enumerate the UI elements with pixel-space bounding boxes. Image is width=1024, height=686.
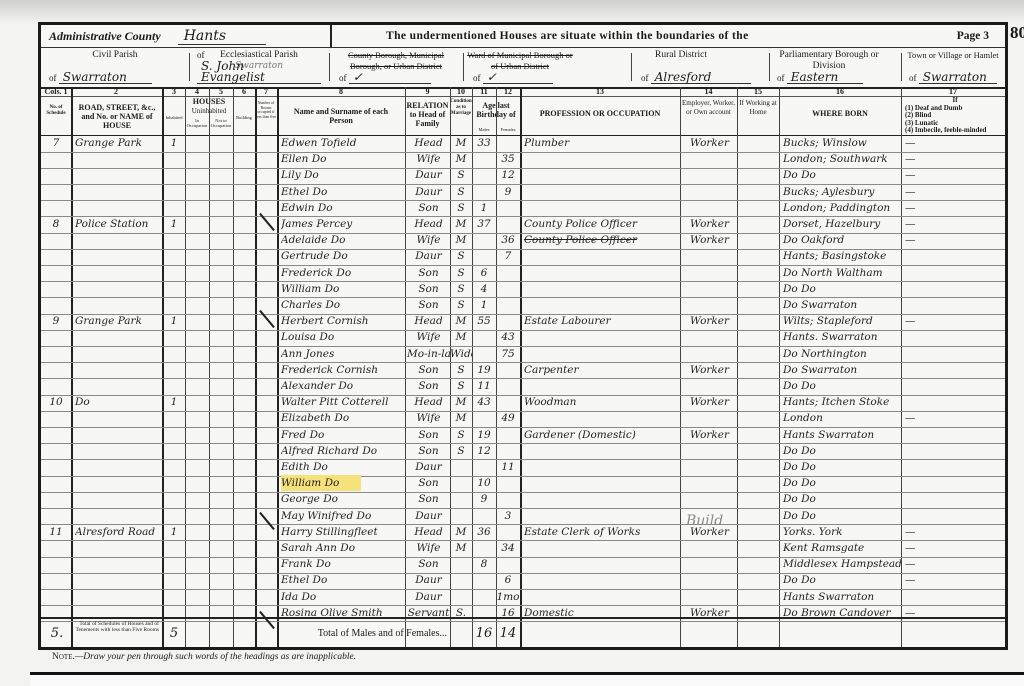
road-name: [75, 297, 161, 313]
parliamentary-value: Eastern: [787, 72, 863, 84]
age-female: [496, 475, 520, 491]
marital-condition: S: [450, 248, 472, 264]
page-top-shadow: [0, 0, 1024, 24]
road-name: [75, 410, 161, 426]
name-header: Name and Surname of each Person: [291, 107, 391, 125]
age-male: 33: [472, 135, 496, 151]
infirmity: [905, 248, 1001, 264]
person-name: Edwin Do: [281, 200, 405, 216]
town-value: Swarraton: [919, 72, 997, 84]
of-label: of: [909, 73, 917, 83]
employment-status: [682, 378, 737, 394]
table-row: Fred DoSonS19Gardener (Domestic)WorkerHa…: [41, 427, 1005, 445]
occupation: [524, 508, 680, 524]
marital-condition: [450, 589, 472, 605]
schedule-number: [41, 200, 71, 216]
age-female: [496, 378, 520, 394]
person-name: Ann Jones: [281, 346, 405, 362]
person-name: Ellen Do: [281, 151, 405, 167]
road-name: [75, 151, 161, 167]
age-female: [496, 556, 520, 572]
inhabited-count: [163, 556, 185, 572]
col-num: 7: [255, 87, 277, 96]
table-row: May Winifred DoDaur3Do Do: [41, 508, 1005, 526]
road-name: [75, 508, 161, 524]
birthplace: Bucks; Aylesbury: [783, 184, 901, 200]
in-occupation-header: In Occupation: [185, 118, 209, 128]
infirmity: —: [905, 135, 1001, 151]
schedule-number: [41, 508, 71, 524]
occupation: Gardener (Domestic): [524, 427, 680, 443]
age-female: [496, 281, 520, 297]
relation: Wife: [407, 232, 450, 248]
marital-condition: M: [450, 232, 472, 248]
table-row: Ethel DoDaur6Do Do—: [41, 572, 1005, 590]
person-name: William Do: [281, 281, 405, 297]
birthplace: London; Paddington: [783, 200, 901, 216]
table-row: Adelaide DoWifeM36County Police OfficerW…: [41, 232, 1005, 250]
employment-status: Worker: [682, 394, 737, 410]
infirmity: [905, 346, 1001, 362]
schedule-number: 8: [41, 216, 71, 232]
infirmity: [905, 297, 1001, 313]
schedule-number: [41, 346, 71, 362]
occupation: [524, 475, 680, 491]
occupation: Plumber: [524, 135, 680, 151]
schedule-number: [41, 151, 71, 167]
employment-status: [682, 151, 737, 167]
age-female: [496, 200, 520, 216]
infirmity: [905, 378, 1001, 394]
employment-status: [682, 167, 737, 183]
inhabited-count: [163, 184, 185, 200]
header-row-1: Administrative County Hants The undermen…: [41, 25, 1005, 48]
parliamentary-division: Parliamentary Borough or Division of Eas…: [769, 47, 889, 87]
infirmity: [905, 329, 1001, 345]
infirmity: —: [905, 184, 1001, 200]
age-male: [472, 540, 496, 556]
birthplace: Do Do: [783, 475, 901, 491]
age-male: 19: [472, 427, 496, 443]
schedule-number: [41, 427, 71, 443]
table-row: Ethel DoDaurS9Bucks; Aylesbury—: [41, 184, 1005, 202]
schedule-number: 7: [41, 135, 71, 151]
building-header: Building: [233, 115, 255, 120]
relation: Daur: [407, 167, 450, 183]
person-name: Fred Do: [281, 427, 405, 443]
occupation: County Police Officer: [524, 232, 680, 248]
person-name: Lily Do: [281, 167, 405, 183]
county-borough-value: ✓: [349, 72, 431, 84]
marital-condition: S: [450, 443, 472, 459]
table-row: Gertrude DoDaurS7Hants; Basingstoke: [41, 248, 1005, 266]
relation: Head: [407, 313, 450, 329]
road-header: ROAD, STREET, &c., and No. or NAME of HO…: [73, 103, 161, 130]
col-num: 16: [779, 87, 901, 96]
birthplace: London; Southwark: [783, 151, 901, 167]
table-row: 7Grange Park1Edwen TofieldHeadM33Plumber…: [41, 135, 1005, 153]
at-home-header: If Working at Home: [737, 99, 779, 117]
col-num: 8: [277, 87, 405, 96]
relation: Head: [407, 524, 450, 540]
infirmity: [905, 589, 1001, 605]
age-female: 34: [496, 540, 520, 556]
person-name: Louisa Do: [281, 329, 405, 345]
occupation: [524, 346, 680, 362]
birthplace: Do Swarraton: [783, 297, 901, 313]
inhabited-count: [163, 410, 185, 426]
age-female: [496, 297, 520, 313]
inhabited-count: [163, 589, 185, 605]
relation: Daur: [407, 572, 450, 588]
person-name: Frederick Cornish: [281, 362, 405, 378]
schedule-number: 10: [41, 394, 71, 410]
person-name: Harry Stillingfleet: [281, 524, 405, 540]
schedule-header: No. of Schedule: [41, 105, 71, 117]
infirmity: —: [905, 540, 1001, 556]
total-inhabited: 5: [163, 619, 185, 649]
marital-condition: M: [450, 524, 472, 540]
inhabited-count: 1: [163, 216, 185, 232]
col-num: 13: [520, 87, 680, 96]
person-name: Gertrude Do: [281, 248, 405, 264]
table-row: 9Grange Park1Herbert CornishHeadM55Estat…: [41, 313, 1005, 331]
table-row: Elizabeth DoWifeM49London—: [41, 410, 1005, 428]
relation: Son: [407, 427, 450, 443]
marital-condition: S: [450, 427, 472, 443]
inhabited-count: [163, 200, 185, 216]
inhabited-count: [163, 167, 185, 183]
road-name: [75, 346, 161, 362]
employment-status: Worker: [682, 216, 737, 232]
marital-condition: [450, 508, 472, 524]
infirmity: —: [905, 167, 1001, 183]
birthplace: Dorset, Hazelbury: [783, 216, 901, 232]
marital-condition: S: [450, 281, 472, 297]
person-name: William Do: [281, 475, 361, 491]
table-row: Frederick DoSonS6Do North Waltham: [41, 265, 1005, 283]
employment-status: [682, 297, 737, 313]
header-row-2: Civil Parish of Swarraton Ecclesiastical…: [41, 47, 1005, 89]
infirmity: [905, 459, 1001, 475]
person-name: Edith Do: [281, 459, 405, 475]
relation: Son: [407, 491, 450, 507]
road-name: [75, 475, 161, 491]
total-males: 16: [472, 619, 496, 649]
age-male: [472, 329, 496, 345]
birthplace: Do Do: [783, 508, 901, 524]
rural-district-value: Alresford: [651, 72, 751, 84]
person-name: Alexander Do: [281, 378, 405, 394]
infirmity: —: [905, 556, 1001, 572]
schedule-number: [41, 329, 71, 345]
birthplace: Wilts; Stapleford: [783, 313, 901, 329]
inhabited-count: [163, 362, 185, 378]
age-male: [472, 459, 496, 475]
col-num: 10: [450, 87, 472, 96]
note-prefix: Note.: [52, 652, 75, 662]
age-female: [496, 362, 520, 378]
age-male: [472, 167, 496, 183]
marital-condition: Widow: [450, 346, 472, 362]
birthplace: Do Do: [783, 167, 901, 183]
inhabited-count: [163, 572, 185, 588]
inhabited-count: [163, 281, 185, 297]
schedule-number: [41, 540, 71, 556]
table-row: Lily DoDaurS12Do Do—: [41, 167, 1005, 185]
admin-county: Administrative County Hants: [41, 25, 332, 47]
birthplace: Do Swarraton: [783, 362, 901, 378]
side-page-number: 80: [1010, 23, 1024, 43]
relation-header: RELATION to Head of Family: [405, 101, 450, 128]
relation: Daur: [407, 248, 450, 264]
marital-condition: [450, 572, 472, 588]
occupation: [524, 378, 680, 394]
infirmity: [905, 427, 1001, 443]
age-male: 4: [472, 281, 496, 297]
note-text: —Draw your pen through such words of the…: [75, 652, 356, 662]
relation: Son: [407, 362, 450, 378]
col-num: 12: [496, 87, 520, 96]
inhabited-count: [163, 540, 185, 556]
admin-county-label: Administrative County: [49, 29, 161, 43]
col-num: 15: [737, 87, 779, 96]
road-name: Grange Park: [75, 313, 161, 329]
occupation: [524, 572, 680, 588]
age-female: 36: [496, 232, 520, 248]
county-borough-label: County Borough, Municipal Borough, or Ur…: [331, 50, 461, 72]
marital-condition: S: [450, 184, 472, 200]
road-name: Do: [75, 394, 161, 410]
occupation: [524, 200, 680, 216]
marital-condition: S: [450, 265, 472, 281]
infirm-4: (4) Imbecile, feeble-minded: [905, 127, 1005, 135]
road-name: [75, 427, 161, 443]
inhabited-count: [163, 232, 185, 248]
age-male: 19: [472, 362, 496, 378]
parliamentary-label: Parliamentary Borough or Division: [769, 50, 889, 72]
col-num: 14: [680, 87, 737, 96]
relation: Head: [407, 394, 450, 410]
col-num: 5: [209, 87, 233, 96]
person-name: Alfred Richard Do: [281, 443, 405, 459]
age-female: 1mo: [496, 589, 520, 605]
birthplace: Do Do: [783, 572, 901, 588]
birthplace: Do Do: [783, 459, 901, 475]
infirmity-header: If (1) Deaf and Dumb (2) Blind (3) Lunat…: [901, 97, 1005, 135]
occupation: [524, 491, 680, 507]
employment-status: Worker: [682, 362, 737, 378]
age-male: 36: [472, 524, 496, 540]
road-name: [75, 167, 161, 183]
employment-status: [682, 572, 737, 588]
ecclesiastical-parish: Ecclesiastical Parish Swarraton of S. Jo…: [189, 47, 329, 87]
road-name: [75, 572, 161, 588]
table-row: Charles DoSonS1Do Swarraton: [41, 297, 1005, 315]
road-name: [75, 491, 161, 507]
relation: Head: [407, 216, 450, 232]
occupation: [524, 281, 680, 297]
road-name: Alresford Road: [75, 524, 161, 540]
marital-condition: S: [450, 297, 472, 313]
person-name: James Percey: [281, 216, 405, 232]
rural-district: Rural District of Alresford: [601, 47, 761, 87]
age-male: [472, 346, 496, 362]
schedule-number: [41, 475, 71, 491]
admin-county-value: Hants: [178, 28, 266, 45]
birthplace: Do Do: [783, 281, 901, 297]
marital-condition: M: [450, 216, 472, 232]
person-name: Elizabeth Do: [281, 410, 405, 426]
marital-condition: M: [450, 151, 472, 167]
relation: Son: [407, 443, 450, 459]
schedule-number: [41, 297, 71, 313]
marital-condition: M: [450, 329, 472, 345]
relation: Son: [407, 297, 450, 313]
schedule-number: [41, 410, 71, 426]
of-label: of: [777, 73, 785, 83]
employment-status: [682, 200, 737, 216]
schedule-number: [41, 378, 71, 394]
person-name: Ethel Do: [281, 184, 405, 200]
employment-status: [682, 265, 737, 281]
schedule-number: [41, 589, 71, 605]
total-females: 14: [496, 619, 520, 649]
table-row: Sarah Ann DoWifeM34Kent Ramsgate—: [41, 540, 1005, 558]
occupation: Woodman: [524, 394, 680, 410]
inhabited-count: [163, 427, 185, 443]
inhabited-count: [163, 329, 185, 345]
age-male: [472, 151, 496, 167]
marital-condition: M: [450, 540, 472, 556]
infirmity: —: [905, 572, 1001, 588]
occupation: [524, 297, 680, 313]
road-name: Grange Park: [75, 135, 161, 151]
employment-status: [682, 346, 737, 362]
occupation: [524, 459, 680, 475]
road-name: [75, 378, 161, 394]
age-male: 6: [472, 265, 496, 281]
occupation: Carpenter: [524, 362, 680, 378]
person-name: Edwen Tofield: [281, 135, 405, 151]
census-sheet: Administrative County Hants The undermen…: [38, 22, 1008, 650]
relation: Daur: [407, 508, 450, 524]
table-row: Louisa DoWifeM43Hants. Swarraton: [41, 329, 1005, 347]
age-female: [496, 216, 520, 232]
road-name: [75, 329, 161, 345]
occupation: [524, 151, 680, 167]
col-num: 17: [901, 87, 1005, 96]
age-male: 11: [472, 378, 496, 394]
marital-condition: S: [450, 167, 472, 183]
relation: Son: [407, 378, 450, 394]
condition-header: Condition as to Marriage: [450, 99, 472, 117]
of-label: of: [641, 73, 649, 83]
age-female: 3: [496, 508, 520, 524]
table-row: Alexander DoSonS11Do Do: [41, 378, 1005, 396]
civil-parish-label: Civil Parish: [41, 50, 189, 61]
marital-condition: [450, 556, 472, 572]
occupation: [524, 248, 680, 264]
divider: [329, 53, 330, 81]
age-male: 43: [472, 394, 496, 410]
civil-parish: Civil Parish of Swarraton: [41, 47, 189, 87]
totals-row: 5. Total of Schedules of Houses and of T…: [41, 617, 1005, 649]
infirmity: —: [905, 216, 1001, 232]
marital-condition: M: [450, 410, 472, 426]
age-male: 55: [472, 313, 496, 329]
table-row: Ida DoDaur1moHants Swarraton: [41, 589, 1005, 607]
road-name: [75, 281, 161, 297]
employment-status: [682, 281, 737, 297]
infirmity: [905, 265, 1001, 281]
schedule-number: [41, 265, 71, 281]
eccl-parish-value: S. John Evangelist: [197, 61, 321, 84]
age-male: 9: [472, 491, 496, 507]
marital-condition: M: [450, 135, 472, 151]
birthplace: Kent Ramsgate: [783, 540, 901, 556]
infirmity: —: [905, 232, 1001, 248]
age-female: 43: [496, 329, 520, 345]
schedule-number: [41, 248, 71, 264]
inhabited-count: [163, 151, 185, 167]
occupation: Estate Clerk of Works: [524, 524, 680, 540]
employment-status: [682, 410, 737, 426]
inhabited-count: [163, 459, 185, 475]
road-name: [75, 200, 161, 216]
table-row: Alfred Richard DoSonS12Do Do: [41, 443, 1005, 461]
infirmity: [905, 508, 1001, 524]
col-num: 2: [71, 87, 161, 96]
age-female: 35: [496, 151, 520, 167]
infirmity: —: [905, 410, 1001, 426]
infirmity: [905, 443, 1001, 459]
person-name: Sarah Ann Do: [281, 540, 405, 556]
birthplace: Do Do: [783, 443, 901, 459]
birthplace: Do Do: [783, 491, 901, 507]
relation: Son: [407, 200, 450, 216]
person-name: Charles Do: [281, 297, 405, 313]
marital-condition: [450, 491, 472, 507]
age-male: 12: [472, 443, 496, 459]
relation: Mo-in-law: [407, 346, 450, 362]
inhabited-count: [163, 346, 185, 362]
inhabited-count: [163, 475, 185, 491]
col-num: Cols. 1: [41, 87, 71, 96]
age-male: [472, 589, 496, 605]
of-label: of: [473, 73, 481, 83]
age-female: 75: [496, 346, 520, 362]
infirmity: —: [905, 200, 1001, 216]
employment-status: Worker: [682, 232, 737, 248]
marital-condition: M: [450, 313, 472, 329]
relation: Daur: [407, 184, 450, 200]
age-male: 1: [472, 200, 496, 216]
col-num: 9: [405, 87, 450, 96]
occupation: [524, 167, 680, 183]
table-row: 8Police Station1James PerceyHeadM37Count…: [41, 216, 1005, 234]
inhabited-header: Inhabited: [163, 115, 185, 120]
total-schedules: 5.: [45, 619, 69, 649]
occupation: [524, 410, 680, 426]
birthplace: Yorks. York: [783, 524, 901, 540]
birthplace: Hants. Swarraton: [783, 329, 901, 345]
age-female: 11: [496, 459, 520, 475]
marital-condition: [450, 459, 472, 475]
table-row: Edwin DoSonS1London; Paddington—: [41, 200, 1005, 218]
age-male: [472, 572, 496, 588]
inhabited-count: 1: [163, 135, 185, 151]
